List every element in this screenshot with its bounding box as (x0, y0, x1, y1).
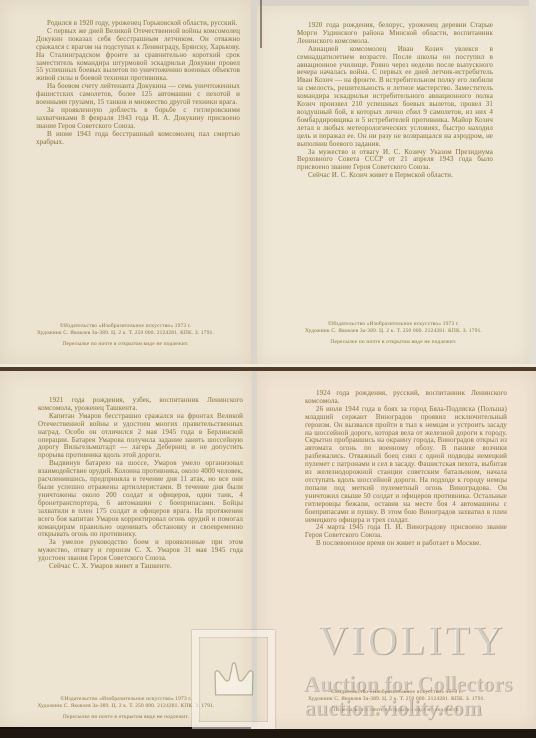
imprint-line: Художник С. Яковлев За-389. Ц. 2 к. Т. 2… (257, 328, 530, 335)
postcard-paragraph: За мужество и отвагу И. С. Козичу Указом… (297, 149, 493, 173)
postcard-text: Родился в 1920 году, уроженец Горьковско… (36, 20, 240, 147)
imprint-line: Художник С. Яковлев За-389. Ц. 2 к. Т. 2… (0, 330, 251, 337)
postcard-kozich: 1920 года рождения, белорус, уроженец де… (257, 6, 530, 364)
postcard-paragraph: В июне 1943 года бесстрашный комсомолец … (36, 131, 240, 147)
postcard-imprint: ©Издательство «Изобразительное искусство… (257, 689, 536, 714)
postcard-imprint: ©Издательство «Изобразительное искусство… (257, 321, 530, 346)
postcard-imprint: ©Издательство «Изобразительное искусство… (0, 696, 252, 721)
postcard-paragraph: 1920 года рождения, белорус, уроженец де… (297, 22, 493, 46)
postcard-paragraph: Выдвинув батарею на шоссе, Умаров умело … (38, 460, 243, 539)
postcard-paragraph: 24 марта 1945 года П. И. Виноградову при… (305, 524, 507, 540)
postcard-paragraph: Сейчас С. Х. Умаров живет в Ташкенте. (38, 563, 243, 571)
postcard-paragraph: За умелое руководство боем и проявленные… (38, 539, 243, 563)
imprint-line: ©Издательство «Изобразительное искусство… (257, 689, 536, 696)
postcard-paragraph: 1924 года рождения, русский, воспитанник… (305, 390, 507, 406)
scan-bottom-edge (0, 729, 536, 738)
imprint-line: ©Издательство «Изобразительное искусство… (0, 323, 251, 330)
postcard-paragraph: На боевом счету лейтенанта Докукина — се… (36, 83, 240, 107)
postcard-paragraph: Авиацией комсомолец Иван Козич увлекся в… (297, 46, 493, 149)
postcard-paragraph: 1921 года рождения, узбек, воспитанник Л… (38, 397, 243, 413)
postcard-paragraph: В послевоенное время он живет и работает… (305, 540, 507, 548)
postcard-imprint: ©Издательство «Изобразительное искусство… (0, 323, 251, 348)
postcard-vinogradov: 1924 года рождения, русский, воспитанник… (257, 371, 536, 729)
imprint-line: Пересылке по почте в открытом виде не по… (257, 707, 536, 714)
scanned-postcards-page: Родился в 1920 году, уроженец Горьковско… (0, 0, 536, 738)
postcard-paragraph: 26 июля 1944 года в боях за город Бяла-П… (305, 406, 507, 525)
imprint-line: Пересылке по почте в открытом виде не по… (257, 339, 530, 346)
postcard-paragraph: С первых же дней Великой Отечественной в… (36, 28, 240, 83)
imprint-line: ©Издательство «Изобразительное искусство… (0, 696, 252, 703)
postcard-dokukin: Родился в 1920 году, уроженец Горьковско… (0, 0, 251, 364)
imprint-line: Пересылке по почте в открытом виде не по… (0, 341, 251, 348)
postcard-text: 1924 года рождения, русский, воспитанник… (305, 390, 507, 548)
postcard-paragraph: За проявленную доблесть в борьбе с гитле… (36, 107, 240, 131)
imprint-line: Художник С. Яковлев За-389. Ц. 2 к. Т. 2… (257, 696, 536, 703)
postcard-text: 1921 года рождения, узбек, воспитанник Л… (38, 397, 243, 571)
imprint-line: Художник С. Яковлев За-389. Ц. 2 к. Т. 2… (0, 703, 252, 710)
postcard-text: 1920 года рождения, белорус, уроженец де… (297, 22, 493, 180)
imprint-line: Пересылке по почте в открытом виде не по… (0, 714, 252, 721)
card-edge-shadow (260, 0, 262, 48)
postcard-paragraph: Сейчас И. С. Козич живет в Пермской обла… (297, 172, 493, 180)
postcard-umarov: 1921 года рождения, узбек, воспитанник Л… (0, 371, 252, 727)
postcard-paragraph: Капитан Умаров бесстрашно сражался на фр… (38, 413, 243, 460)
imprint-line: ©Издательство «Изобразительное искусство… (257, 321, 530, 328)
